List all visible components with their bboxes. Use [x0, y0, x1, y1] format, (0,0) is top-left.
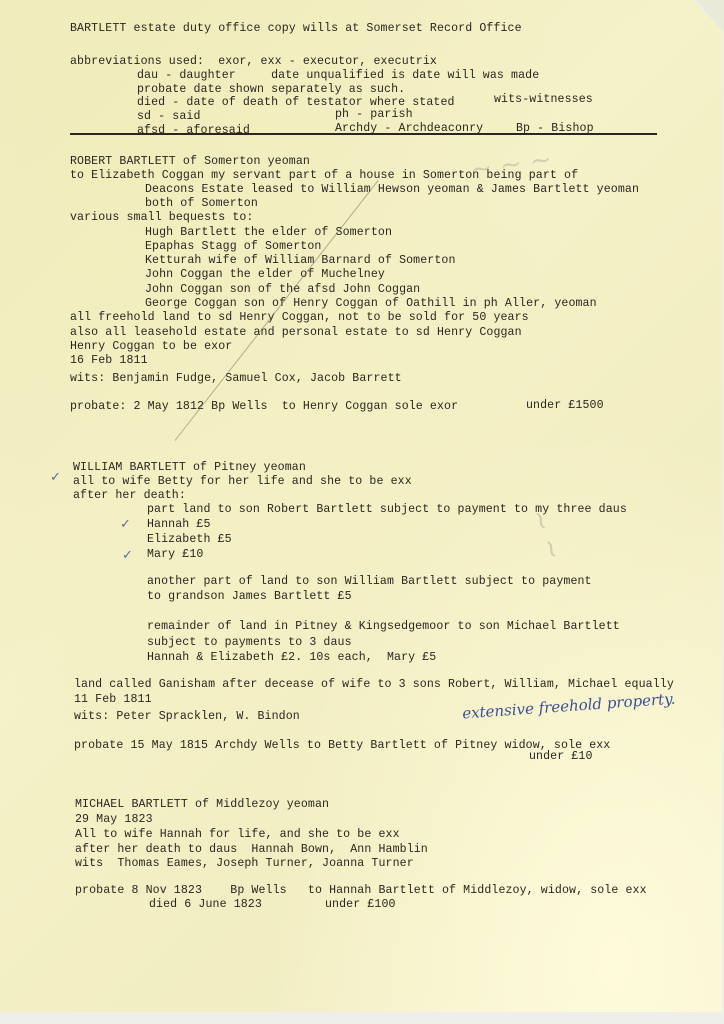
entry-date: 29 May 1823	[75, 813, 153, 826]
entry-date: 11 Feb 1811	[74, 693, 152, 706]
abbreviation-ph: ph - parish	[335, 108, 413, 121]
document-page: ~ ~ ~ ~ ~ BARTLETT estate duty office co…	[0, 0, 722, 1012]
entry-line: Elizabeth £5	[147, 533, 232, 546]
entry-value: under £10	[529, 750, 593, 763]
entry-line: Epaphas Stagg of Somerton	[145, 240, 321, 253]
entry-line: Ketturah wife of William Barnard of Some…	[145, 254, 456, 267]
entry-witnesses: wits: Peter Spracklen, W. Bindon	[74, 710, 300, 723]
abbreviation-line: sd - said	[137, 110, 201, 123]
entry-line: Hannah £5	[147, 518, 211, 531]
entry-line: Deacons Estate leased to William Hewson …	[145, 183, 639, 196]
entry-line: subject to payments to 3 daus	[147, 636, 352, 649]
entry-line: Henry Coggan to be exor	[70, 340, 232, 353]
entry-line: John Coggan the elder of Muchelney	[145, 268, 385, 281]
abbreviation-wits: wits-witnesses	[494, 93, 593, 106]
entry-line: also all leasehold estate and personal e…	[70, 326, 522, 339]
entry-probate: probate: 2 May 1812 Bp Wells to Henry Co…	[70, 400, 458, 413]
entry-heading: MICHAEL BARTLETT of Middlezoy yeoman	[75, 798, 329, 811]
handwritten-annotation: extensive freehold property.	[462, 690, 676, 723]
entry-value: under £1500	[526, 399, 604, 412]
entry-line: All to wife Hannah for life, and she to …	[75, 828, 400, 841]
entry-heading: ROBERT BARTLETT of Somerton yeoman	[70, 155, 310, 168]
abbreviation-line: afsd - aforesaid	[137, 124, 250, 137]
document-title: BARTLETT estate duty office copy wills a…	[70, 22, 522, 35]
entry-died: died 6 June 1823	[149, 898, 262, 911]
abbreviation-line: dau - daughter date unqualified is date …	[137, 69, 539, 82]
entry-heading: WILLIAM BARTLETT of Pitney yeoman	[73, 461, 306, 474]
entry-witnesses: wits: Benjamin Fudge, Samuel Cox, Jacob …	[70, 372, 402, 385]
entry-line: to Elizabeth Coggan my servant part of a…	[70, 169, 578, 182]
entry-line: Mary £10	[147, 548, 203, 561]
entry-line: Hugh Bartlett the elder of Somerton	[145, 226, 392, 239]
entry-line: John Coggan son of the afsd John Coggan	[145, 283, 420, 296]
entry-line: part land to son Robert Bartlett subject…	[147, 503, 627, 516]
entry-line: all freehold land to sd Henry Coggan, no…	[70, 311, 529, 324]
entry-line: remainder of land in Pitney & Kingsedgem…	[147, 620, 620, 633]
entry-line: both of Somerton	[145, 197, 258, 210]
check-icon: ✓	[122, 548, 133, 563]
entry-witnesses: wits Thomas Eames, Joseph Turner, Joanna…	[75, 857, 414, 870]
check-icon: ✓	[120, 517, 131, 532]
abbreviations-intro: abbreviations used: exor, exx - executor…	[70, 55, 437, 68]
entry-line: various small bequests to:	[70, 211, 254, 224]
entry-line: after her death:	[73, 489, 186, 502]
check-icon: ✓	[50, 470, 61, 485]
entry-probate: probate 8 Nov 1823 Bp Wells to Hannah Ba…	[75, 884, 647, 897]
entry-date: 16 Feb 1811	[70, 354, 148, 367]
entry-line: Hannah & Elizabeth £2. 10s each, Mary £5	[147, 651, 436, 664]
entry-line: George Coggan son of Henry Coggan of Oat…	[145, 297, 597, 310]
entry-line: to grandson James Bartlett £5	[147, 590, 352, 603]
entry-line: after her death to daus Hannah Bown, Ann…	[75, 843, 428, 856]
entry-line: land called Ganisham after decease of wi…	[74, 678, 674, 691]
entry-line: another part of land to son William Bart…	[147, 575, 592, 588]
divider-rule	[70, 133, 657, 135]
entry-line: all to wife Betty for her life and she t…	[73, 475, 412, 488]
abbreviation-line: probate date shown separately as such.	[137, 83, 405, 96]
entry-value: under £100	[325, 898, 396, 911]
